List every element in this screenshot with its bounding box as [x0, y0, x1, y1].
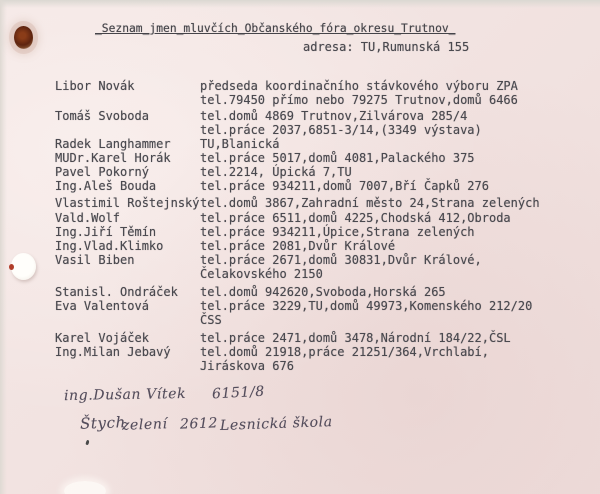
person-details: tel.domů 942620,Svoboda,Horská 265 — [200, 285, 446, 299]
red-speck — [9, 264, 14, 270]
handwritten-word: Lesnická škola — [220, 414, 333, 434]
person-details: tel.domů 4869 Trutnov,Zilvárova 285/4 — [200, 109, 467, 123]
person-details: tel.práce 2037,6851-3/14,(3349 výstava) — [200, 123, 482, 137]
person-details: tel.práce 2081,Dvůr Králové — [200, 239, 395, 253]
person-details: tel.práce 5017,domů 4081,Palackého 375 — [200, 151, 475, 165]
person-name: MUDr.Karel Horák — [55, 151, 171, 165]
person-name: Vlastimil Roštejnský — [55, 196, 200, 210]
person-details: tel.práce 934211,domů 7007,Bří Čapků 276 — [200, 179, 489, 193]
person-name: Karel Vojáček — [55, 331, 149, 345]
person-details: tel.práce 6511,domů 4225,Chodská 412,Obr… — [200, 211, 511, 225]
handwritten-name: ing.Dušan Vítek — [64, 386, 186, 404]
handwritten-word: Štych — [80, 414, 126, 432]
person-name: Radek Langhammer — [55, 137, 171, 151]
paper-smudge — [64, 481, 106, 494]
person-details: TU,Blanická — [200, 137, 279, 151]
handwritten-number: 6151/8 — [212, 384, 266, 403]
person-details: ČSS — [200, 313, 222, 327]
person-details: tel.2214, Úpická 7,TU — [200, 165, 352, 179]
person-details: Jiráskova 676 — [200, 359, 294, 373]
person-name: Libor Novák — [55, 79, 134, 93]
person-details: tel.domů 3867,Zahradní město 24,Strana z… — [200, 196, 540, 210]
person-details: tel.práce 934211,Úpice,Strana zelených — [200, 225, 475, 239]
person-details: Čelakovského 2150 — [200, 267, 323, 281]
person-name: Vasil Biben — [55, 253, 134, 267]
scanned-document-page: _Seznam_jmen_mluvčích_Občanského_fóra_ok… — [0, 0, 600, 494]
scan-edge-top — [0, 0, 600, 8]
person-details: tel.domů 21918,práce 21251/364,Vrchlabí, — [200, 345, 489, 359]
person-name: Eva Valentová — [55, 299, 149, 313]
person-details: tel.práce 2471,domů 3478,Národní 184/22,… — [200, 331, 511, 345]
person-details: tel.práce 3229,TU,domů 49973,Komenského … — [200, 299, 532, 313]
person-name: Ing.Aleš Bouda — [55, 179, 156, 193]
person-name: Tomáš Svoboda — [55, 109, 149, 123]
handwritten-word: zelení — [122, 416, 168, 434]
person-name: Pavel Pokorný — [55, 165, 149, 179]
document-title: _Seznam_jmen_mluvčích_Občanského_fóra_ok… — [95, 22, 455, 36]
person-name: Ing.Vlad.Klimko — [55, 239, 163, 253]
punch-hole — [11, 253, 36, 280]
person-details: tel.79450 přímo nebo 79275 Trutnov,domů … — [200, 93, 518, 107]
person-name: Ing.Milan Jebavý — [55, 345, 171, 359]
rust-stain — [14, 26, 33, 49]
ink-speck — [85, 440, 90, 446]
person-name: Vald.Wolf — [55, 211, 120, 225]
person-details: předseda koordinačního stávkového výboru… — [200, 79, 518, 93]
person-name: Ing.Jiří Těmín — [55, 225, 156, 239]
person-name: Stanisl. Ondráček — [55, 285, 178, 299]
person-details: tel.práce 2671,domů 30831,Dvůr Králové, — [200, 253, 482, 267]
handwritten-word: 2612 — [180, 415, 219, 432]
address-line: adresa: TU,Rumunská 155 — [303, 40, 469, 54]
scan-edge-left — [0, 0, 7, 494]
